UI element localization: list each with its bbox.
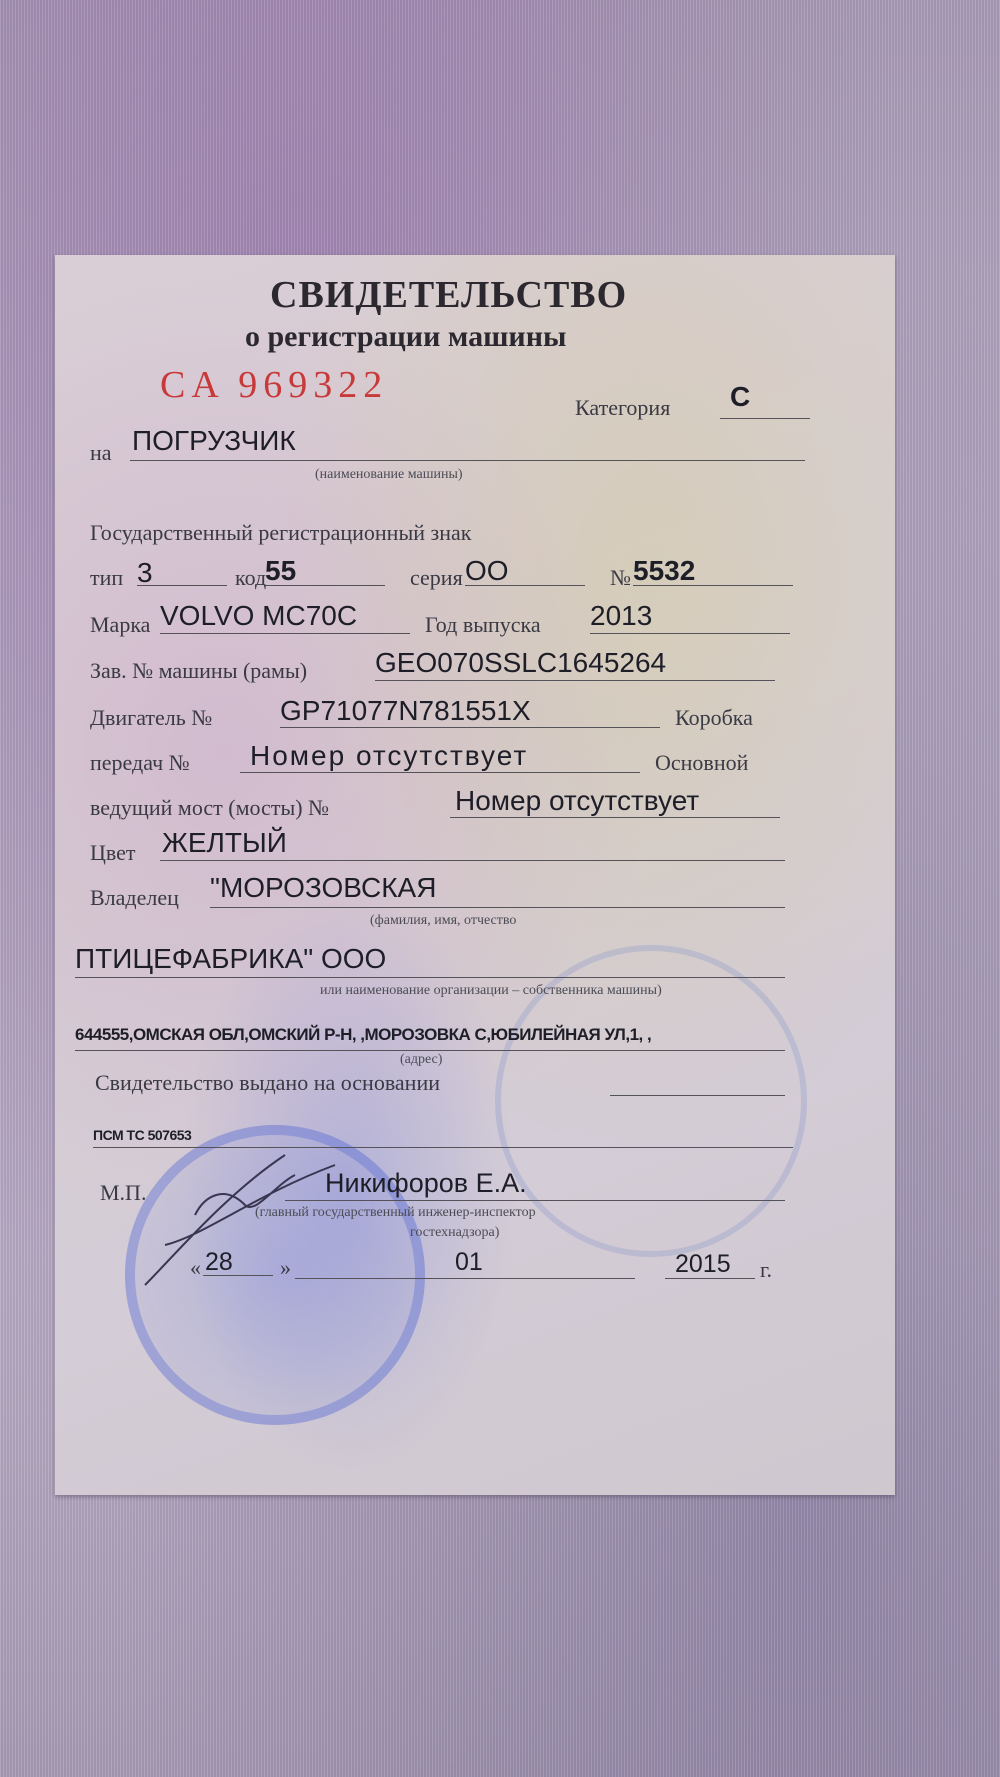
- serial-value: GEO070SSLC1645264: [375, 647, 666, 679]
- gearbox-value: Номер отсутствует: [250, 740, 528, 772]
- color-value: ЖЕЛТЫЙ: [162, 827, 287, 859]
- owner-hint-line2: или наименование организации – собственн…: [320, 983, 662, 999]
- axle-value: Номер отсутствует: [455, 785, 699, 817]
- machine-name-hint: (наименование машины): [315, 467, 463, 483]
- date-month: 01: [455, 1248, 483, 1277]
- reg-type-label: тип: [90, 565, 123, 591]
- machine-prefix: на: [90, 440, 112, 466]
- axle-label-line2: ведущий мост (мосты) №: [90, 795, 329, 821]
- date-year-suffix: г.: [760, 1257, 772, 1283]
- make-value: VOLVO MC70C: [160, 600, 357, 632]
- serial-label: Зав. № машины (рамы): [90, 658, 307, 684]
- owner-label: Владелец: [90, 885, 179, 911]
- year-value: 2013: [590, 600, 652, 632]
- date-open-quote: «: [190, 1255, 201, 1281]
- date-year: 2015: [675, 1250, 731, 1279]
- reg-series-value: OO: [465, 555, 509, 587]
- year-label: Год выпуска: [425, 612, 541, 638]
- owner-value-line2: ПТИЦЕФАБРИКА" ООО: [75, 943, 386, 975]
- document-subtitle: о регистрации машины: [245, 320, 566, 354]
- inspector-hint-line2: гостехнадзора): [410, 1225, 499, 1241]
- engine-value: GP71077N781551X: [280, 695, 531, 727]
- axle-label-line1: Основной: [655, 750, 748, 776]
- owner-value-line1: "МОРОЗОВСКАЯ: [210, 872, 436, 904]
- engine-label: Двигатель №: [90, 705, 212, 731]
- color-label: Цвет: [90, 840, 136, 866]
- date-close-quote: »: [280, 1255, 291, 1281]
- reg-code-value: 55: [265, 555, 296, 587]
- certificate-serial-number: CA 969322: [160, 363, 388, 407]
- reg-code-label: код: [235, 565, 266, 591]
- registration-certificate: СВИДЕТЕЛЬСТВО о регистрации машины CA 96…: [55, 255, 895, 1495]
- gearbox-label-line2: передач №: [90, 750, 190, 776]
- address-hint: (адрес): [400, 1052, 442, 1068]
- reg-sign-heading: Государственный регистрационный знак: [90, 520, 471, 546]
- reg-number-value: 5532: [633, 555, 695, 587]
- category-label: Категория: [575, 395, 670, 421]
- owner-address-value: 644555,ОМСКАЯ ОБЛ,ОМСКИЙ Р-Н, ,МОРОЗОВКА…: [75, 1025, 651, 1045]
- reg-number-label: №: [610, 565, 631, 591]
- owner-hint-line1: (фамилия, имя, отчество: [370, 913, 516, 929]
- gearbox-label-line1: Коробка: [675, 705, 753, 731]
- category-value: C: [730, 381, 750, 413]
- inspector-name: Никифоров Е.А.: [325, 1168, 527, 1199]
- reg-series-label: серия: [410, 565, 463, 591]
- inspector-hint-line1: (главный государственный инженер-инспект…: [255, 1205, 536, 1221]
- basis-label: Свидетельство выдано на основании: [95, 1070, 440, 1096]
- make-label: Марка: [90, 612, 150, 638]
- machine-name: ПОГРУЗЧИК: [132, 425, 296, 457]
- document-title: СВИДЕТЕЛЬСТВО: [270, 273, 627, 317]
- date-day: 28: [205, 1248, 233, 1277]
